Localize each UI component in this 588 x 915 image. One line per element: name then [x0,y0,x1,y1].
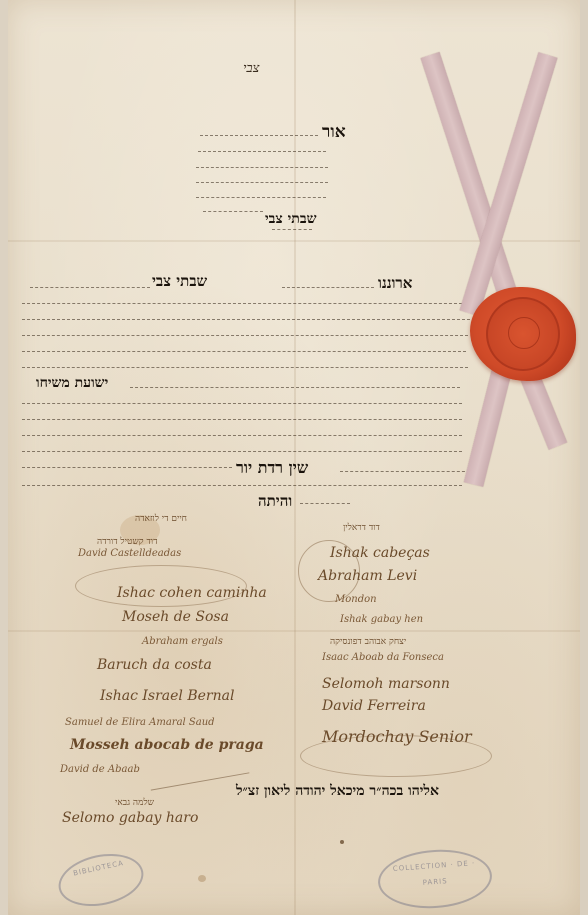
script-line [272,228,312,230]
script-line [22,334,468,336]
script-line [196,166,328,168]
signature: Ishac Israel Bernal [100,688,234,704]
main-middle-word: ישועת משיחו [36,375,108,392]
signature: Baruch da costa [97,657,212,673]
script-line [203,210,263,212]
script-line [198,150,326,152]
script-line [22,302,462,304]
signature-hebrew: דוד קשטיל דורדה [97,536,157,547]
signature: Abraham ergals [142,636,223,647]
script-line [22,402,462,404]
fold-line-horizontal [8,630,580,632]
seal-emblem [486,297,560,371]
signature: Mondon [335,594,377,605]
signature: Selomo gabay haro [62,810,198,826]
script-line [282,286,374,288]
seal-crest-icon [508,317,540,349]
signature: Ishak gabay hen [340,614,423,625]
main-name-word: שבתי צבי [152,272,207,291]
script-line [22,318,470,320]
signature-hebrew: חיים די לוזאדה [135,513,187,524]
signature: Abraham Levi [318,568,417,584]
script-line [196,196,326,198]
heading-opening-word: אור [322,122,346,142]
main-opening-word: ארוננו [378,274,412,293]
signature: David de Abaab [60,764,140,775]
script-line [30,286,150,288]
signature: Isaac Aboab da Fonseca [322,652,444,663]
script-line [340,470,470,472]
heading-name-word: שבתי צבי [265,211,317,228]
script-line [22,366,468,368]
script-line [130,386,460,388]
signature-hebrew: יצחק אבוהב דפונסיקה [330,636,406,647]
script-line [200,134,318,136]
hebrew-signature-small: דוד דראלין [343,522,380,533]
script-line [22,450,462,452]
main-final-word: והיתה [258,492,292,511]
script-line [22,418,462,420]
stain [198,875,206,882]
script-line [22,434,462,436]
script-line [22,484,462,486]
signature: Ishak cabeças [330,545,430,561]
signature: Moseh de Sosa [122,609,229,625]
signature: Ishac cohen caminha [117,585,267,601]
main-phrase-word: שין רדת יור [236,458,308,478]
signature: Mosseh abocab de praga [70,737,264,753]
printed-name-line: אליהו בכה״ר מיכאל יהודה ליאון זצ״ל [236,783,439,800]
signature: David Ferreira [322,698,426,714]
signature: Samuel de Elira Amaral Saud [65,717,215,728]
signature-hebrew: שלמה גבאי [115,797,154,808]
signature-flourish [300,735,492,777]
script-line [22,350,466,352]
top-mark: צבי [243,60,260,76]
signature: Selomoh marsonn [322,676,450,692]
script-line [196,181,328,183]
stain [340,840,344,844]
script-line [300,502,350,504]
script-line [22,466,232,468]
signature: David Castelldeadas [78,548,181,559]
